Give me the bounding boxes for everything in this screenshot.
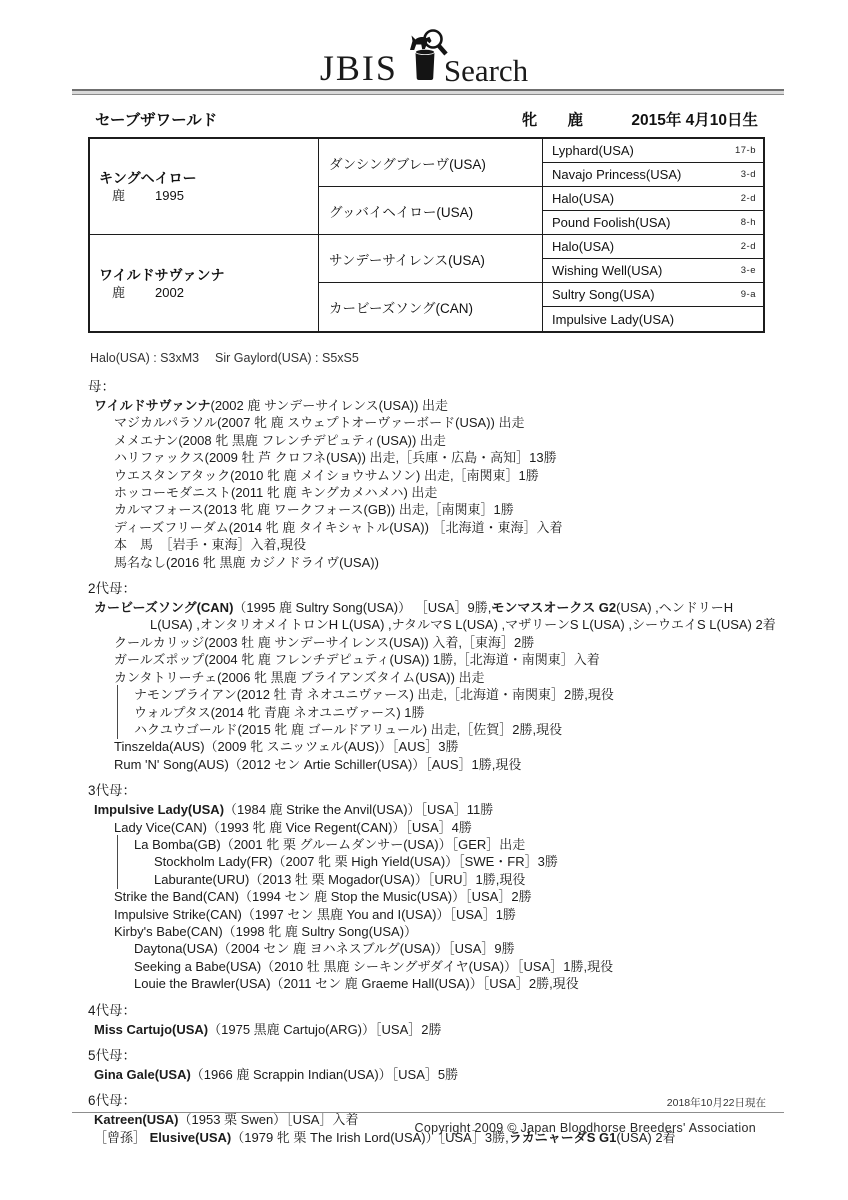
female-family-sections: 母：ワイルドサヴァンナ(2002 鹿 サンデーサイレンス(USA)) 出走マジカ… bbox=[88, 375, 778, 1146]
grandsire-maternal-cell: サンデーサイレンス(USA) bbox=[319, 235, 543, 283]
ggp-cell-7: Sultry Song(USA)9-a bbox=[543, 283, 763, 307]
line-text: ホッコーモダニスト(2011 牝 鹿 キングカメハメハ) 出走 bbox=[114, 485, 437, 500]
line-text: ハクユウゴールド(2015 牝 鹿 ゴールドアリュール) 出走,［佐賀］2勝,現… bbox=[134, 722, 562, 737]
granddam-maternal-name: カービーズソング(CAN) bbox=[329, 297, 542, 317]
line-text: メメエナン(2008 牝 黒鹿 フレンチデピュティ(USA)) 出走 bbox=[114, 433, 446, 448]
pedigree-line: ナモンブライアン(2012 牡 青 ネオユニヴァース) 出走,［北海道・南関東］… bbox=[88, 686, 778, 703]
grandsire-maternal-name: サンデーサイレンス(USA) bbox=[329, 249, 542, 269]
footer-rule bbox=[72, 1112, 784, 1113]
dam-coat: 鹿 bbox=[112, 285, 125, 300]
ggp-name: Sultry Song(USA) bbox=[552, 287, 655, 302]
sire-cell: キングヘイロー 鹿1995 bbox=[90, 139, 319, 235]
line-text: （1984 鹿 Strike the Anvil(USA)）［USA］11勝 bbox=[224, 802, 493, 817]
line-text: クールカリッジ(2003 牡 鹿 サンデーサイレンス(USA)) 入着,［東海］… bbox=[114, 635, 534, 650]
pedigree-line: ハクユウゴールド(2015 牝 鹿 ゴールドアリュール) 出走,［佐賀］2勝,現… bbox=[88, 721, 778, 738]
header-rule bbox=[72, 89, 784, 95]
ggp-cell-3: Halo(USA)2-d bbox=[543, 187, 763, 211]
pedigree-line: メメエナン(2008 牝 黒鹿 フレンチデピュティ(USA)) 出走 bbox=[88, 432, 778, 449]
line-text: （1995 鹿 Sultry Song(USA)） ［USA］9勝, bbox=[233, 600, 491, 615]
ggp-name: Lyphard(USA) bbox=[552, 143, 634, 158]
horse-name: セーブザワールド bbox=[95, 108, 217, 130]
pedigree-line: 馬名なし(2016 牝 黒鹿 カジノドライヴ(USA)) bbox=[88, 554, 778, 571]
pedigree-line: ハリファックス(2009 牡 芦 クロフネ(USA)) 出走,［兵庫・広島・高知… bbox=[88, 449, 778, 466]
pedigree-line: カルマフォース(2013 牝 鹿 ワークフォース(GB)) 出走,［南関東］1勝 bbox=[88, 501, 778, 518]
pedigree-line: 本 馬 ［岩手・東海］入着,現役 bbox=[88, 536, 778, 553]
line-text: Tinszelda(AUS)（2009 牝 スニッツェル(AUS)）［AUS］3… bbox=[114, 739, 459, 754]
pedigree-line: クールカリッジ(2003 牡 鹿 サンデーサイレンス(USA)) 入着,［東海］… bbox=[88, 634, 778, 651]
pedigree-section: 2代母：カービーズソング(CAN)（1995 鹿 Sultry Song(USA… bbox=[88, 577, 778, 773]
sire-coat: 鹿 bbox=[112, 188, 125, 203]
line-text: カービーズソング(CAN) bbox=[94, 600, 233, 615]
family-number: 3-d bbox=[741, 169, 756, 180]
line-text: Laburante(URU)（2013 牡 栗 Mogador(USA)）［UR… bbox=[154, 872, 525, 887]
as-of-date: 2018年10月22日現在 bbox=[667, 1095, 766, 1110]
line-text: Gina Gale(USA) bbox=[94, 1067, 191, 1082]
ggp-name: Navajo Princess(USA) bbox=[552, 167, 681, 182]
line-text: ガールズポップ(2004 牝 鹿 フレンチデピュティ(USA)) 1勝,［北海道… bbox=[114, 652, 600, 667]
ggp-name: Halo(USA) bbox=[552, 239, 614, 254]
line-text: Louie the Brawler(USA)（2011 セン 鹿 Graeme … bbox=[134, 976, 579, 991]
ggp-cell-2: Navajo Princess(USA)3-d bbox=[543, 163, 763, 187]
line-text: （1966 鹿 Scrappin Indian(USA)）［USA］5勝 bbox=[191, 1067, 458, 1082]
section-title: 2代母： bbox=[88, 577, 778, 597]
line-text: Impulsive Lady(USA) bbox=[94, 802, 224, 817]
line-text: (2002 鹿 サンデーサイレンス(USA)) 出走 bbox=[210, 398, 448, 413]
pedigree-line: La Bomba(GB)（2001 牝 栗 グルームダンサー(USA)）［GER… bbox=[88, 836, 778, 853]
pedigree-line: Lady Vice(CAN)（1993 牝 鹿 Vice Regent(CAN)… bbox=[88, 819, 778, 836]
pedigree-line: ウエスタンアタック(2010 牝 鹿 メイショウサムソン) 出走,［南関東］1勝 bbox=[88, 467, 778, 484]
ggp-cell-4: Pound Foolish(USA)8-h bbox=[543, 211, 763, 235]
pedigree-line: Seeking a Babe(USA)（2010 牡 黒鹿 シーキングザダイヤ(… bbox=[88, 958, 778, 975]
family-number: 8-h bbox=[741, 217, 756, 228]
pedigree-report-page: JBIS Search セーブザワールド 牝 鹿 2015年 4月10日生 キン… bbox=[0, 0, 848, 1200]
pedigree-line: Miss Cartujo(USA)（1975 黒鹿 Cartujo(ARG)）［… bbox=[88, 1021, 778, 1038]
horse-magnifier-icon bbox=[402, 28, 448, 87]
line-text: ナモンブライアン(2012 牡 青 ネオユニヴァース) 出走,［北海道・南関東］… bbox=[134, 687, 614, 702]
pedigree-line: Gina Gale(USA)（1966 鹿 Scrappin Indian(US… bbox=[88, 1066, 778, 1083]
pedigree-line: ウォルプタス(2014 牝 青鹿 ネオユニヴァース) 1勝 bbox=[88, 704, 778, 721]
inbreeding-note: Halo(USA) : S3xM3 Sir Gaylord(USA) : S5x… bbox=[90, 348, 848, 366]
line-text: Strike the Band(CAN)（1994 セン 鹿 Stop the … bbox=[114, 889, 532, 904]
title-row: セーブザワールド 牝 鹿 2015年 4月10日生 bbox=[95, 108, 758, 130]
pedigree-line: Impulsive Strike(CAN)（1997 セン 黒鹿 You and… bbox=[88, 906, 778, 923]
pedigree-line: マジカルパラソル(2007 牝 鹿 スウェプトオーヴァーボード(USA)) 出走 bbox=[88, 414, 778, 431]
dam-year: 2002 bbox=[155, 285, 184, 300]
pedigree-section: 3代母：Impulsive Lady(USA)（1984 鹿 Strike th… bbox=[88, 779, 778, 992]
sex-label: 牝 bbox=[522, 112, 538, 129]
line-text: （1953 栗 Swen）［USA］入着 bbox=[179, 1112, 359, 1127]
birth-date: 2015年 4月10日生 bbox=[631, 112, 758, 129]
family-number: 17-b bbox=[735, 145, 756, 156]
pedigree-line: ホッコーモダニスト(2011 牝 鹿 キングカメハメハ) 出走 bbox=[88, 484, 778, 501]
line-text: La Bomba(GB)（2001 牝 栗 グルームダンサー(USA)）［GER… bbox=[134, 837, 525, 852]
sire-year: 1995 bbox=[155, 188, 184, 203]
section-title: 3代母： bbox=[88, 779, 778, 799]
section-title: 母： bbox=[88, 375, 778, 395]
line-text: Miss Cartujo(USA) bbox=[94, 1022, 208, 1037]
pedigree-line: Rum 'N' Song(AUS)（2012 セン Artie Schiller… bbox=[88, 756, 778, 773]
pedigree-line: Strike the Band(CAN)（1994 セン 鹿 Stop the … bbox=[88, 888, 778, 905]
line-text: Katreen(USA) bbox=[94, 1112, 179, 1127]
sire-coat-year: 鹿1995 bbox=[90, 187, 318, 204]
section-title: 4代母： bbox=[88, 999, 778, 1019]
line-text: Rum 'N' Song(AUS)（2012 セン Artie Schiller… bbox=[114, 757, 521, 772]
line-text: Stockholm Lady(FR)（2007 牝 栗 High Yield(U… bbox=[154, 854, 558, 869]
pedigree-line: カービーズソング(CAN)（1995 鹿 Sultry Song(USA)） ［… bbox=[88, 599, 778, 634]
pedigree-line: Daytona(USA)（2004 セン 鹿 ヨハネスブルグ(USA)）［USA… bbox=[88, 940, 778, 957]
pedigree-section: 5代母：Gina Gale(USA)（1966 鹿 Scrappin India… bbox=[88, 1044, 778, 1083]
line-text: Impulsive Strike(CAN)（1997 セン 黒鹿 You and… bbox=[114, 907, 516, 922]
pedigree-line: Impulsive Lady(USA)（1984 鹿 Strike the An… bbox=[88, 801, 778, 818]
sex-coat-birth: 牝 鹿 2015年 4月10日生 bbox=[522, 108, 758, 130]
ggp-cell-6: Wishing Well(USA)3-e bbox=[543, 259, 763, 283]
copyright-text: Copyright 2009 © Japan Bloodhorse Breede… bbox=[415, 1121, 757, 1135]
line-text: （1975 黒鹿 Cartujo(ARG)）［USA］2勝 bbox=[208, 1022, 441, 1037]
sire-name: キングヘイロー bbox=[90, 169, 318, 187]
line-text: Elusive(USA) bbox=[150, 1130, 232, 1145]
line-text: マジカルパラソル(2007 牝 鹿 スウェプトオーヴァーボード(USA)) 出走 bbox=[114, 415, 524, 430]
line-text: カンタトリーチェ(2006 牝 黒鹿 ブライアンズタイム(USA)) 出走 bbox=[114, 670, 485, 685]
line-text: ディーズフリーダム(2014 牝 鹿 タイキシャトル(USA)) ［北海道・東海… bbox=[114, 520, 563, 535]
line-text: ハリファックス(2009 牡 芦 クロフネ(USA)) 出走,［兵庫・広島・高知… bbox=[114, 450, 557, 465]
line-text: カルマフォース(2013 牝 鹿 ワークフォース(GB)) 出走,［南関東］1勝 bbox=[114, 502, 514, 517]
section-title: 5代母： bbox=[88, 1044, 778, 1064]
granddam-paternal-cell: グッバイヘイロー(USA) bbox=[319, 187, 543, 235]
coat-label: 鹿 bbox=[568, 112, 584, 129]
line-text: Kirby's Babe(CAN)（1998 牝 鹿 Sultry Song(U… bbox=[114, 924, 417, 939]
family-number: 2-d bbox=[741, 193, 756, 204]
dam-cell: ワイルドサヴァンナ 鹿2002 bbox=[90, 235, 319, 331]
ggp-cell-5: Halo(USA)2-d bbox=[543, 235, 763, 259]
line-text: Seeking a Babe(USA)（2010 牡 黒鹿 シーキングザダイヤ(… bbox=[134, 959, 613, 974]
ggp-name: Wishing Well(USA) bbox=[552, 263, 662, 278]
pedigree-line: ディーズフリーダム(2014 牝 鹿 タイキシャトル(USA)) ［北海道・東海… bbox=[88, 519, 778, 536]
ggp-name: Halo(USA) bbox=[552, 191, 614, 206]
line-text: 本 馬 ［岩手・東海］入着,現役 bbox=[114, 537, 306, 552]
logo-jbis-text: JBIS bbox=[320, 50, 398, 86]
family-number: 2-d bbox=[741, 241, 756, 252]
line-text: Daytona(USA)（2004 セン 鹿 ヨハネスブルグ(USA)）［USA… bbox=[134, 941, 515, 956]
pedigree-section: 母：ワイルドサヴァンナ(2002 鹿 サンデーサイレンス(USA)) 出走マジカ… bbox=[88, 375, 778, 571]
ggp-name: Pound Foolish(USA) bbox=[552, 215, 671, 230]
pedigree-line: Kirby's Babe(CAN)（1998 牝 鹿 Sultry Song(U… bbox=[88, 923, 778, 940]
pedigree-line: カンタトリーチェ(2006 牝 黒鹿 ブライアンズタイム(USA)) 出走 bbox=[88, 669, 778, 686]
dam-name: ワイルドサヴァンナ bbox=[90, 266, 318, 284]
pedigree-line: Tinszelda(AUS)（2009 牝 スニッツェル(AUS)）［AUS］3… bbox=[88, 738, 778, 755]
line-text: 馬名なし(2016 牝 黒鹿 カジノドライヴ(USA)) bbox=[114, 555, 379, 570]
logo-search-text: Search bbox=[444, 55, 528, 86]
pedigree-line: Stockholm Lady(FR)（2007 牝 栗 High Yield(U… bbox=[88, 853, 778, 870]
line-text: ワイルドサヴァンナ bbox=[94, 398, 210, 413]
pedigree-line: Laburante(URU)（2013 牡 栗 Mogador(USA)）［UR… bbox=[88, 871, 778, 888]
pedigree-table: キングヘイロー 鹿1995 ダンシングブレーヴ(USA) Lyphard(USA… bbox=[88, 137, 765, 333]
pedigree-line: ワイルドサヴァンナ(2002 鹿 サンデーサイレンス(USA)) 出走 bbox=[88, 397, 778, 414]
line-text: ［曾孫］ bbox=[94, 1130, 150, 1145]
line-text: ウエスタンアタック(2010 牝 鹿 メイショウサムソン) 出走,［南関東］1勝 bbox=[114, 468, 539, 483]
line-text: モンマスオークス G2 bbox=[491, 600, 616, 615]
granddam-paternal-name: グッバイヘイロー(USA) bbox=[329, 201, 542, 221]
ggp-cell-1: Lyphard(USA)17-b bbox=[543, 139, 763, 163]
granddam-maternal-cell: カービーズソング(CAN) bbox=[319, 283, 543, 331]
pedigree-section: 4代母：Miss Cartujo(USA)（1975 黒鹿 Cartujo(AR… bbox=[88, 999, 778, 1038]
jbis-search-logo: JBIS Search bbox=[0, 0, 848, 86]
pedigree-line: ガールズポップ(2004 牝 鹿 フレンチデピュティ(USA)) 1勝,［北海道… bbox=[88, 651, 778, 668]
grandsire-paternal-cell: ダンシングブレーヴ(USA) bbox=[319, 139, 543, 187]
family-number: 3-e bbox=[741, 265, 756, 276]
ggp-name: Impulsive Lady(USA) bbox=[552, 312, 674, 327]
grandsire-paternal-name: ダンシングブレーヴ(USA) bbox=[329, 153, 542, 173]
line-text: ウォルプタス(2014 牝 青鹿 ネオユニヴァース) 1勝 bbox=[134, 705, 425, 720]
dam-coat-year: 鹿2002 bbox=[90, 284, 318, 301]
family-number: 9-a bbox=[741, 289, 756, 300]
line-text: Lady Vice(CAN)（1993 牝 鹿 Vice Regent(CAN)… bbox=[114, 820, 472, 835]
ggp-cell-8: Impulsive Lady(USA) bbox=[543, 307, 763, 331]
pedigree-line: Louie the Brawler(USA)（2011 セン 鹿 Graeme … bbox=[88, 975, 778, 992]
